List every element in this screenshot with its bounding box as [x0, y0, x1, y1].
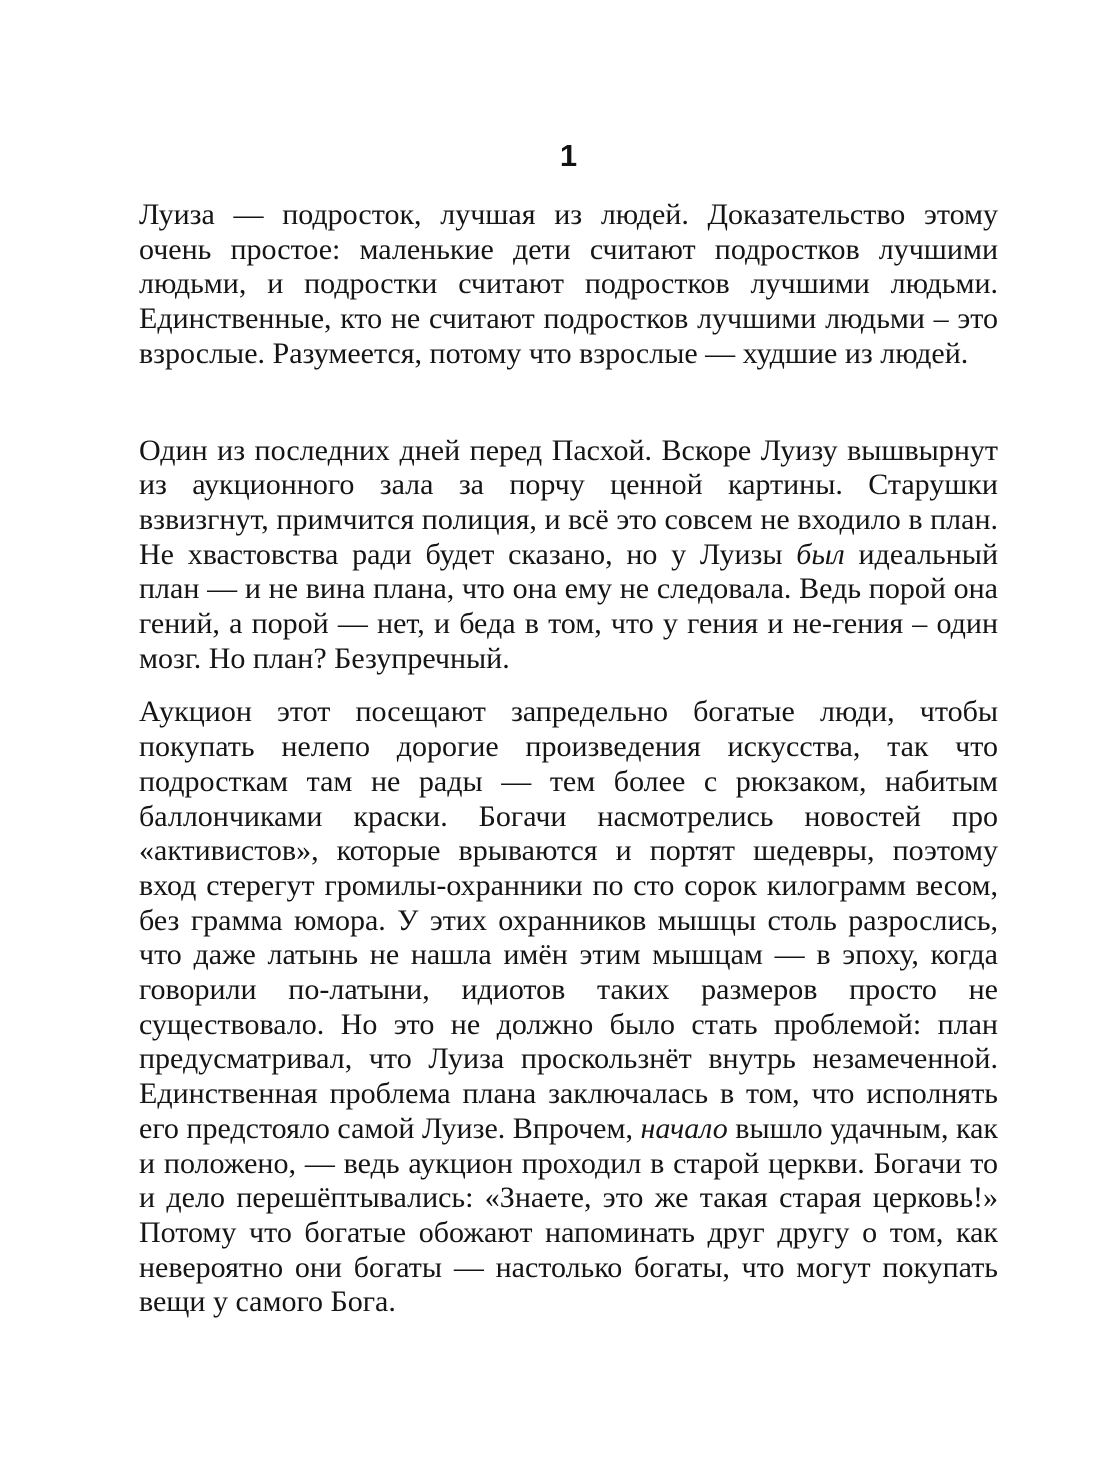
book-page: 1 Луиза — подросток, лучшая из людей. До…: [0, 0, 1109, 1459]
text-column: 1 Луиза — подросток, лучшая из людей. До…: [139, 138, 998, 1339]
italic-text: был: [796, 538, 845, 571]
paragraph: Луиза — подросток, лучшая из людей. Дока…: [139, 198, 998, 372]
body-text: Луиза — подросток, лучшая из людей. Дока…: [139, 198, 998, 1320]
paragraph: Один из последних дней перед Пасхой. Вск…: [139, 434, 998, 677]
italic-text: начало: [641, 1112, 728, 1145]
scene-break-spacer: [139, 391, 998, 434]
text-segment: Луиза — подросток, лучшая из людей. Дока…: [139, 198, 998, 370]
chapter-number: 1: [139, 138, 998, 174]
paragraph: Аукцион этот посещают запредельно богаты…: [139, 695, 998, 1320]
text-segment: Аукцион этот посещают запредельно богаты…: [139, 695, 998, 1144]
